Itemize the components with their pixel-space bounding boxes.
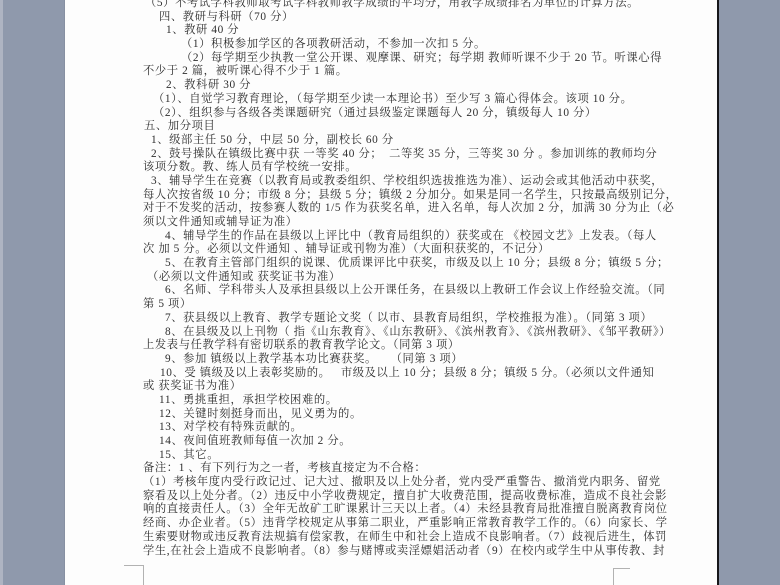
text-line[interactable]: 12、关键时刻挺身而出，见义勇为的。: [143, 408, 721, 422]
bottom-left-margin-mark: [124, 565, 144, 585]
text-line[interactable]: 9、参加 镇级以上教学基本功比赛获奖。 （同第 3 项）: [143, 353, 721, 367]
document-text-area[interactable]: （5）不考试学科教师取考试学科教师教学成绩的平均分，用教学成绩排名为单位的计算方…: [143, 0, 721, 558]
text-line[interactable]: 5、在教育主管部门组织的说课、优质课评比中获奖，市级及以上 10 分；县级 8 …: [143, 257, 721, 271]
text-line[interactable]: 第 5 项）: [143, 298, 721, 312]
text-line[interactable]: 2、教科研 30 分: [143, 79, 721, 93]
text-line[interactable]: 4、辅导学生的作品在县级以上评比中（教育局组织的）获奖或在 《校园文艺》上发表。…: [143, 230, 721, 244]
text-line[interactable]: 不少于 2 篇，被听课心得不少于 1 篇。: [143, 65, 721, 79]
text-line[interactable]: 学生,在社会上造成不良影响者。（8）参与赌博或卖淫嫖娼活动者（9）在校内或学生中…: [143, 545, 721, 559]
text-line[interactable]: 6、名师、学科带头人及承担县级以上公开课任务，在县级以上教研工作会议上作经验交流…: [143, 284, 721, 298]
text-line[interactable]: 生索要财物或违反教育法规搞有偿家教，在师生中和社会上造成不良影响者。（7）歧视后…: [143, 531, 721, 545]
text-line[interactable]: 对于不发奖的活动，按参赛人数的 1/5 作为获奖名单，进入名单，每人次加 2 分…: [143, 202, 721, 216]
text-line[interactable]: 14、夜间值班教师每值一次加 2 分。: [143, 435, 721, 449]
text-line[interactable]: 五、加分项目: [143, 120, 721, 134]
text-line[interactable]: 8、在县级及以上刊物（ 指《山东教育》、《山东教研》、《滨州教育》、《滨州教研》…: [143, 326, 721, 340]
text-line[interactable]: （5）不考试学科教师取考试学科教师教学成绩的平均分，用教学成绩排名为单位的计算方…: [143, 0, 721, 11]
text-line[interactable]: 每人次按省级 10 分；市级 8 分；县级 5 分；镇级 2 分加分。如果是同一…: [143, 189, 721, 203]
text-line[interactable]: 10、受 镇级及以上表彰奖励的。 市级及以上 10 分；县级 8 分；镇级 5 …: [143, 367, 721, 381]
text-line[interactable]: （1）、自觉学习教育理论，（每学期至少读一本理论书）至少写 3 篇心得体会。该项…: [143, 93, 721, 107]
text-line[interactable]: 须以文件通知或辅导证为准）: [143, 216, 721, 230]
text-line[interactable]: 响的直接责任人。（3）全年无故矿工旷课累计三天以上者。（4）未经县教育局批准擅自…: [143, 503, 721, 517]
text-line[interactable]: （1）考核年度内受行政记过、记大过、撤职及以上处分者，党内受严重警告、撤消党内职…: [143, 476, 721, 490]
text-line[interactable]: 察看及以上处分者。（2）违反中小学收费规定，擅自扩大收费范围，提高收费标准，造成…: [143, 490, 721, 504]
text-line[interactable]: 3、辅导学生在竞赛（以教育局或教委组织、学校组织选拔推选为准）、运动会或其他活动…: [143, 175, 721, 189]
text-line[interactable]: 次 加 5 分。必须以文件通知 、辅导证或刊物为准）（大面积获奖的，不记分）: [143, 243, 721, 257]
text-line[interactable]: 15、其它。: [143, 449, 721, 463]
text-line[interactable]: 备注：1 、有下列行为之一者，考核直接定为不合格：: [143, 462, 721, 476]
text-line[interactable]: （2）每学期至少执教一堂公开课、观摩课、研究；每学期 教师听课不少于 20 节。…: [143, 52, 721, 66]
text-line[interactable]: 该项分数。教、练人员有学校统一安排。: [143, 161, 721, 175]
window-edge-strip: [0, 0, 3, 585]
text-line[interactable]: （必须以文件通知或 获奖证书为准）: [143, 271, 721, 285]
text-line[interactable]: 13、对学校有特殊贡献的。: [143, 421, 721, 435]
text-line[interactable]: 四、教研与科研（70 分）: [143, 11, 721, 25]
document-page[interactable]: （5）不考试学科教师取考试学科教师教学成绩的平均分，用教学成绩排名为单位的计算方…: [64, 0, 719, 585]
text-line[interactable]: 1、教研 40 分: [143, 24, 721, 38]
text-line[interactable]: （2）、组织参与各级各类课题研究（通过县级鉴定课题每人 20 分，镇级每人 10…: [143, 107, 721, 121]
app-canvas: { "colors": { "canvas_bg": "#8f99ac", "l…: [0, 0, 780, 585]
text-line[interactable]: 11、勇挑重担，承担学校困难的。: [143, 394, 721, 408]
text-line[interactable]: （1）积极参加学区的各项教研活动，不参加一次扣 5 分。: [143, 38, 721, 52]
text-line[interactable]: 2、鼓号操队在镇级比赛中获 一等奖 40 分； 二等奖 35 分，三等奖 30 …: [143, 148, 721, 162]
text-line[interactable]: 或 获奖证书为准）: [143, 380, 721, 394]
text-line[interactable]: 经商、办企业者。（5）违背学校规定从事第二职业，严重影响正常教育教学工作的。（6…: [143, 517, 721, 531]
bottom-right-margin-mark: [613, 568, 630, 585]
text-line[interactable]: 7、获县级以上教育、教学专题论文奖（ 以市、县教育局组织，学校推报为准）。（同第…: [143, 312, 721, 326]
text-line[interactable]: 上发表与任教学科有密切联系的教育教学论文。（同第 3 项）: [143, 339, 721, 353]
text-line[interactable]: 1、级部主任 50 分，中层 50 分，副校长 60 分: [143, 134, 721, 148]
